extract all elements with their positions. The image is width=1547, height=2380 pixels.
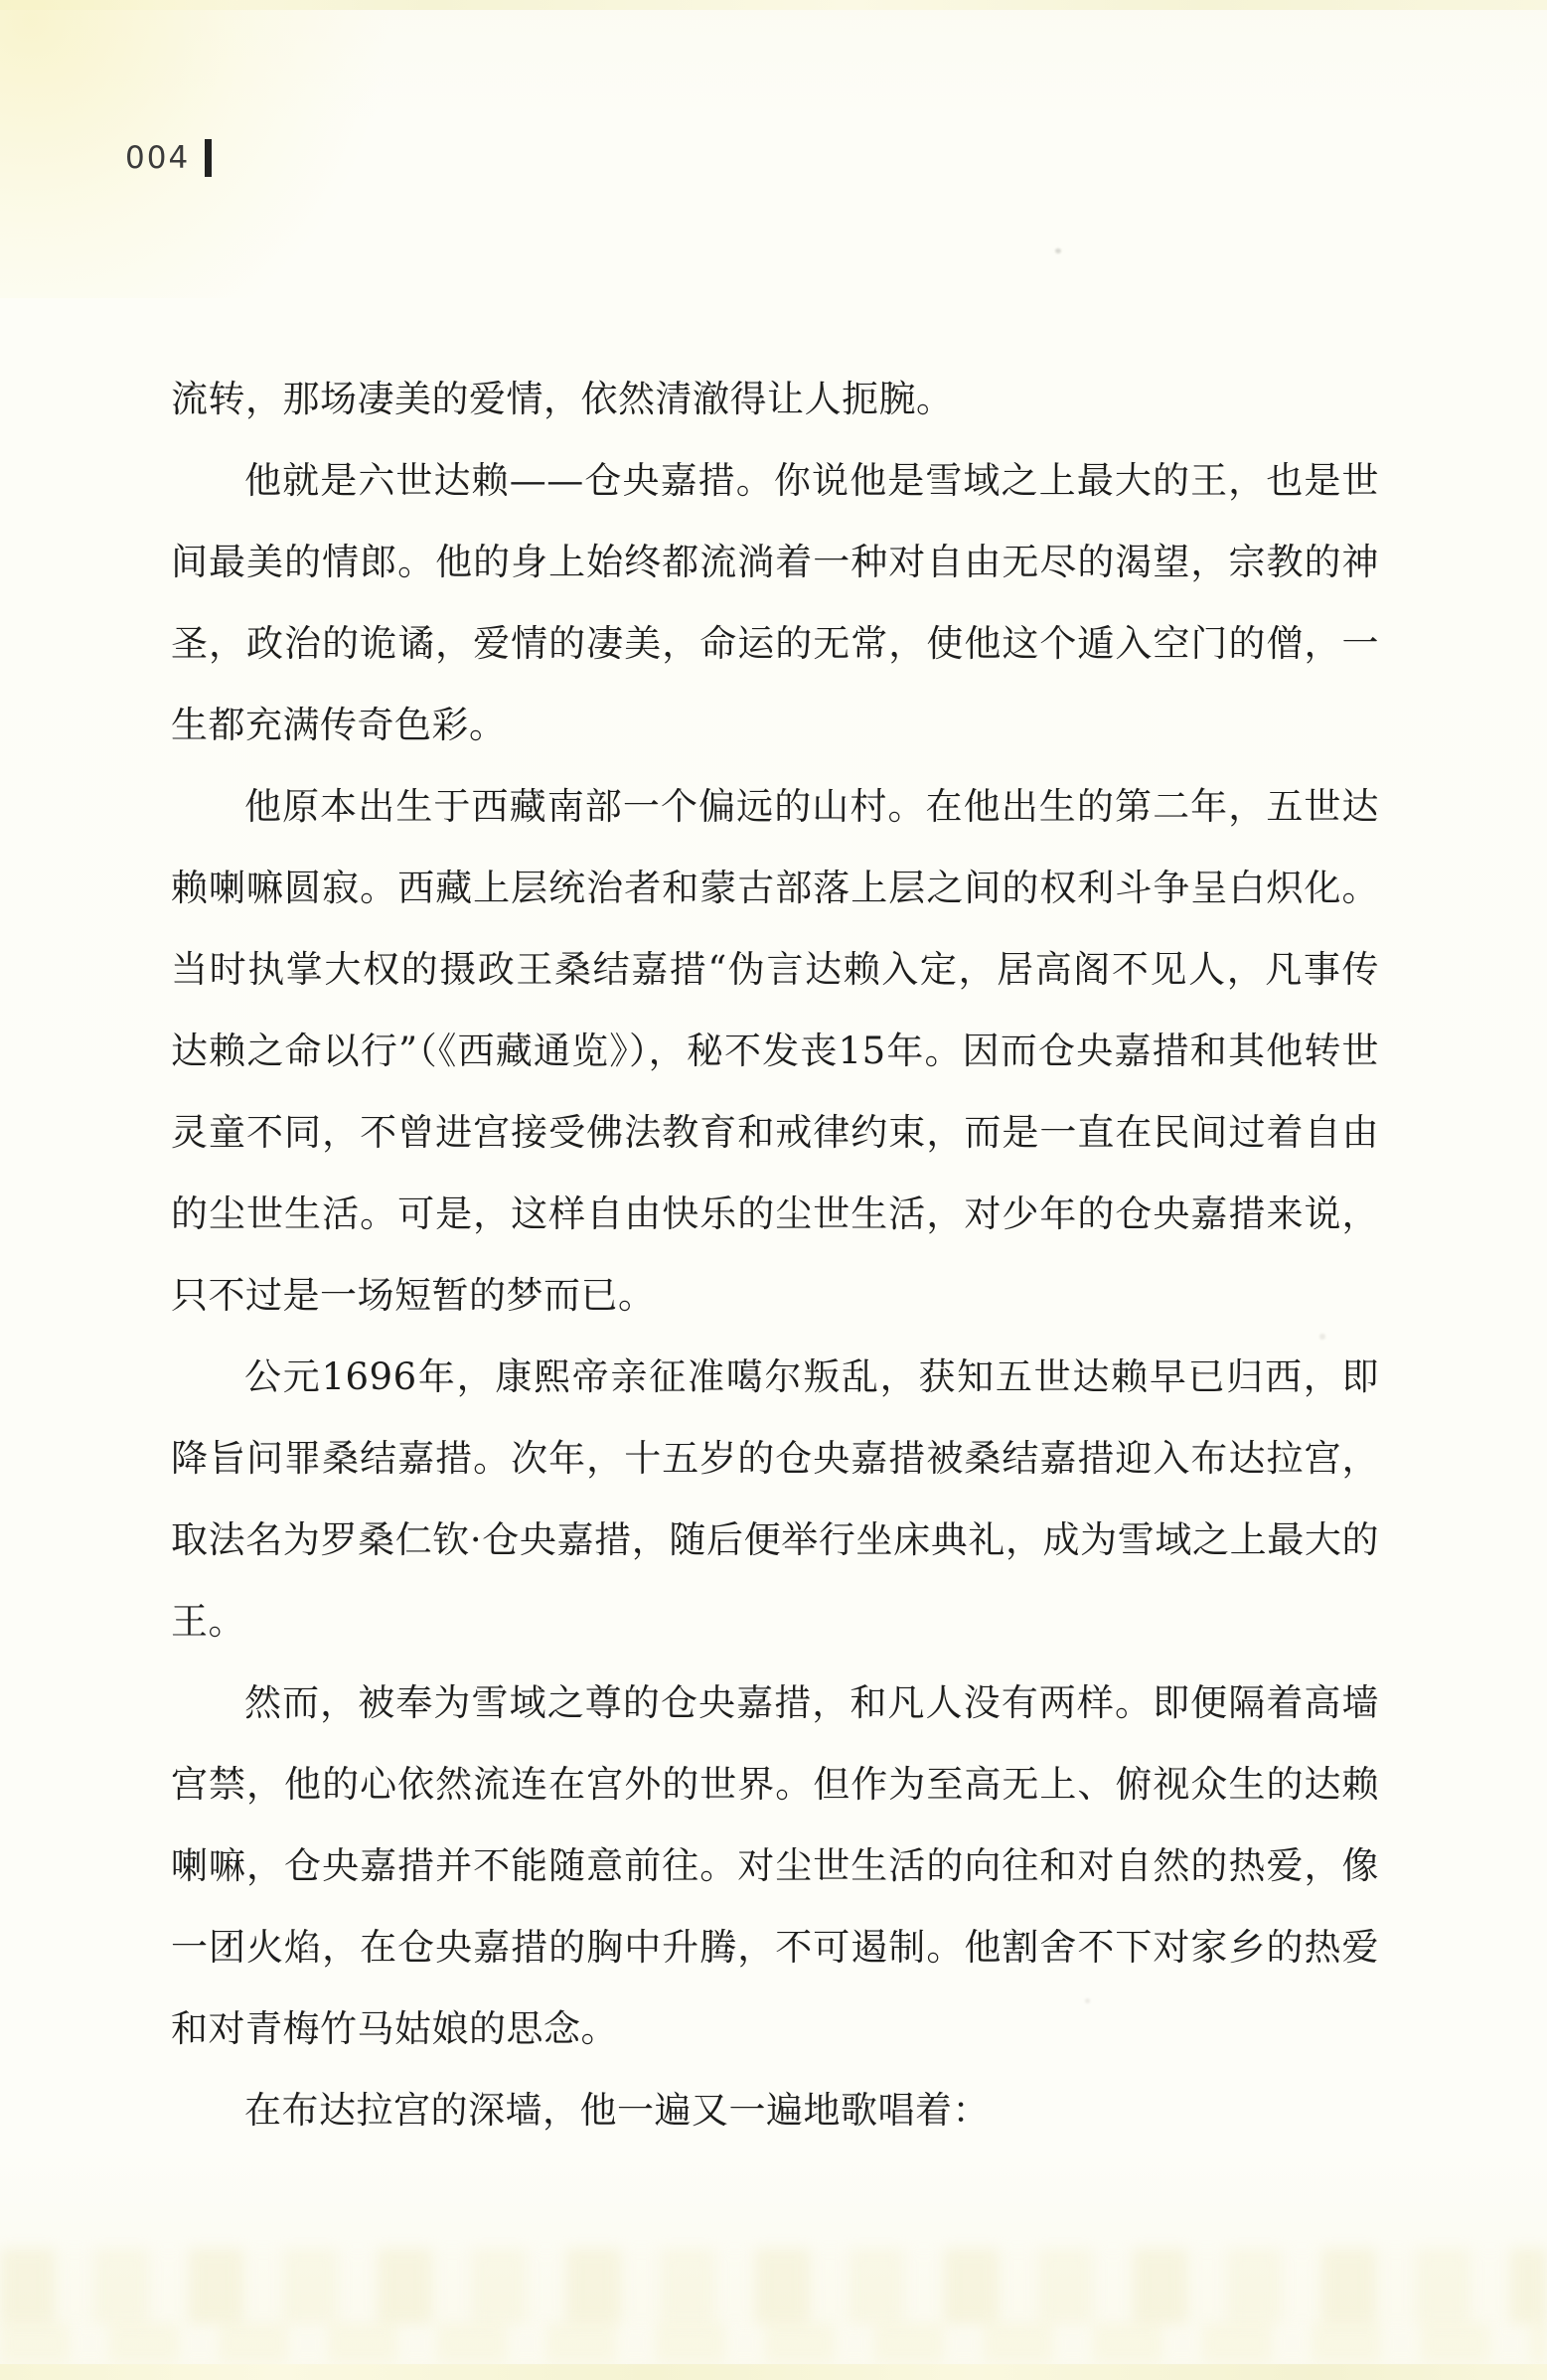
- scan-speck: [1055, 248, 1061, 253]
- page-header: 004: [125, 139, 212, 177]
- book-page-scan: 004 流转，那场凄美的爱情，依然清澈得让人扼腕。 他就是六世达赖——仓央嘉措。…: [0, 0, 1547, 2380]
- scan-speck: [1319, 1334, 1325, 1340]
- scan-speck: [1085, 1998, 1090, 2003]
- paragraph: 然而，被奉为雪域之尊的仓央嘉措，和凡人没有两样。即便隔着高墙宫禁，他的心依然流连…: [171, 1663, 1379, 2070]
- bleed-through-artifact: [0, 2248, 1547, 2325]
- page-number-divider-bar: [205, 139, 212, 177]
- paragraph: 在布达拉宫的深墙，他一遍又一遍地歌唱着：: [171, 2070, 1379, 2151]
- scan-speck: [1166, 466, 1173, 472]
- body-text: 流转，那场凄美的爱情，依然清澈得让人扼腕。 他就是六世达赖——仓央嘉措。你说他是…: [171, 359, 1379, 2151]
- scan-edge-top: [0, 0, 1547, 10]
- paragraph: 他就是六世达赖——仓央嘉措。你说他是雪域之上最大的王，也是世间最美的情郎。他的身…: [171, 440, 1379, 766]
- bleed-through-artifact: [0, 2323, 1547, 2363]
- scan-edge-bottom: [0, 2364, 1547, 2380]
- paragraph: 他原本出生于西藏南部一个偏远的山村。在他出生的第二年，五世达赖喇嘛圆寂。西藏上层…: [171, 766, 1379, 1337]
- page-number: 004: [125, 140, 190, 176]
- paragraph: 公元1696年，康熙帝亲征准噶尔叛乱，获知五世达赖早已归西，即降旨问罪桑结嘉措。…: [171, 1337, 1379, 1663]
- paragraph-continuation: 流转，那场凄美的爱情，依然清澈得让人扼腕。: [171, 359, 1379, 440]
